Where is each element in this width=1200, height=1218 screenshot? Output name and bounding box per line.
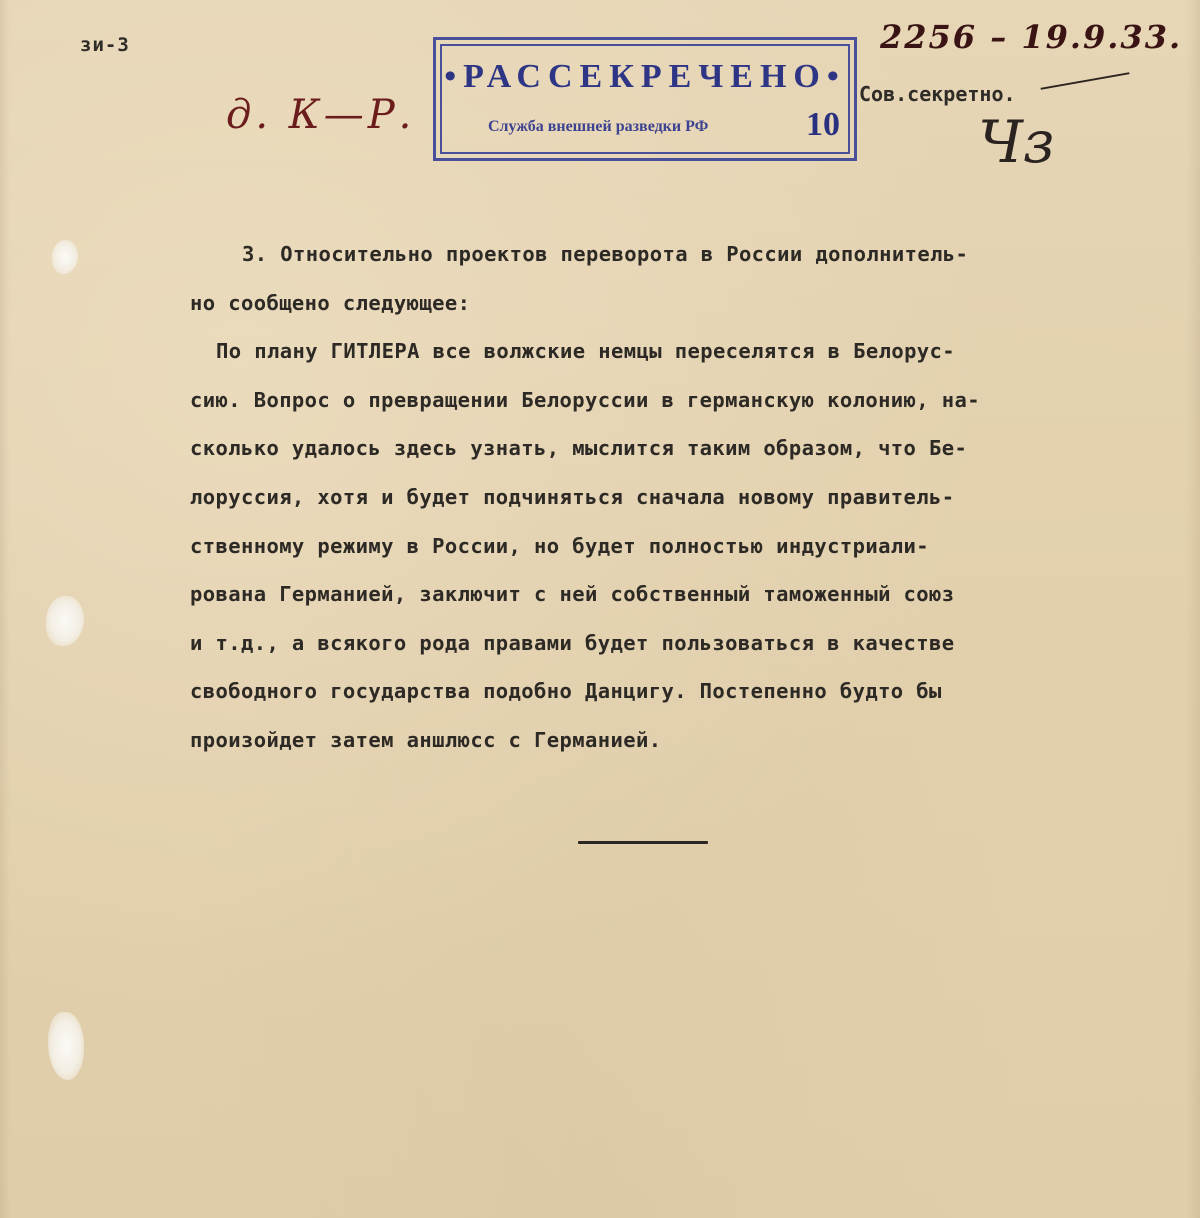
handwritten-stroke [1041,72,1130,90]
body-line: 3. Относительно проектов переворота в Ро… [190,236,1170,285]
body-line: По плану ГИТЛЕРА все волжские немцы пере… [190,333,1170,382]
body-line: лоруссия, хотя и будет подчиняться снача… [190,479,1170,528]
punch-hole-icon [52,240,78,274]
handwritten-registration-number: 2256 – 19.9.33. [880,18,1182,56]
body-line: но сообщено следующее: [190,285,1170,334]
stamp-inner-border: •РАССЕКРЕЧЕНО• Служба внешней разведки Р… [440,44,850,154]
stamp-subtitle: Служба внешней разведки РФ [488,118,708,136]
declassified-stamp: •РАССЕКРЕЧЕНО• Служба внешней разведки Р… [433,37,857,161]
reference-code: зи-3 [80,34,130,56]
body-line: сию. Вопрос о превращении Белоруссии в г… [190,382,1170,431]
document-page: зи-3 д. К—Р. •РАССЕКРЕЧЕНО• Служба внешн… [0,0,1200,1218]
page-edge-left [0,0,10,1218]
body-line: рована Германией, заключит с ней собстве… [190,576,1170,625]
punch-hole-icon [48,1012,84,1080]
document-body: 3. Относительно проектов переворота в Ро… [190,236,1170,771]
punch-hole-icon [46,596,84,646]
stamp-title: •РАССЕКРЕЧЕНО• [442,58,848,96]
stamp-number: 10 [806,106,840,144]
body-line: ственному режиму в России, но будет полн… [190,528,1170,577]
body-line: произойдет затем аншлюсс с Германией. [190,722,1170,771]
handwritten-file-note: д. К—Р. [226,92,415,138]
body-line: сколько удалось здесь узнать, мыслится т… [190,430,1170,479]
body-line: и т.д., а всякого рода правами будет пол… [190,625,1170,674]
classification-label: Сов.секретно. [859,82,1016,106]
page-edge-right [1186,0,1200,1218]
end-separator-line [578,841,708,844]
handwritten-initials: Чз [978,108,1054,176]
body-line: свободного государства подобно Данцигу. … [190,673,1170,722]
